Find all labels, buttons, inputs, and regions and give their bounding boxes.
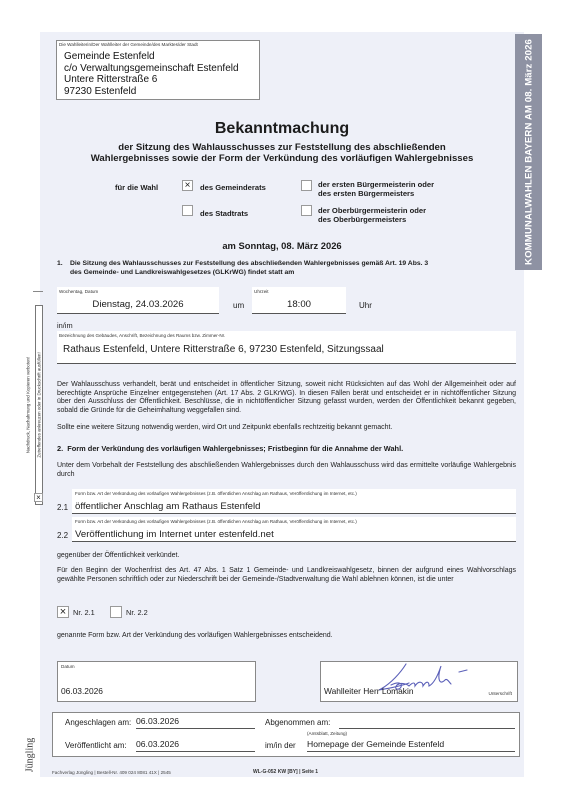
checkbox-buergermeister[interactable] — [301, 180, 312, 191]
election-date: am Sonntag, 08. März 2026 — [40, 240, 524, 251]
publication-form-1-value: öffentlicher Anschlag am Rathaus Estenfe… — [75, 501, 260, 512]
instruction-box: Zutreffendes ankreuzen oder in Druckschr… — [35, 305, 43, 505]
um-label: um — [233, 301, 244, 310]
sender-line: 97230 Estenfeld — [64, 86, 239, 98]
session-date-label: Wochentag, Datum — [59, 289, 98, 294]
subtitle-line: der Sitzung des Wahlausschusses zur Fest… — [40, 142, 524, 153]
closing-text: genannte Form bzw. Art der Verkündung de… — [57, 632, 333, 639]
published-in-hint: (Amtsblatt, Zeitung) — [307, 731, 347, 736]
session-date-field[interactable]: Wochentag, Datum Dienstag, 24.03.2026 — [57, 287, 219, 314]
checkbox-stadtrat[interactable] — [182, 205, 193, 216]
choice-2-1-checkbox[interactable]: × — [57, 606, 69, 618]
instruction-text: Zutreffendes ankreuzen oder in Druckschr… — [37, 352, 42, 457]
sender-box: Die Wahlleiterin/Der Wahlleiter der Geme… — [56, 40, 260, 100]
session-location-field[interactable]: Bezeichnung des Gebäudes, Anschrift, Bez… — [57, 331, 516, 364]
sender-line: Gemeinde Estenfeld — [64, 51, 239, 63]
option-gemeinderat-label: des Gemeinderats — [200, 183, 266, 192]
section1-paragraph: Der Wahlausschuss verhandelt, berät und … — [57, 381, 516, 415]
section2-after: gegenüber der Öffentlichkeit verkündet. — [57, 552, 179, 559]
published-label: Veröffentlicht am: — [65, 741, 127, 750]
option-buergermeister-label: des ersten Bürgermeisters — [318, 189, 434, 198]
page-title: Bekanntmachung — [40, 120, 524, 138]
section1-paragraph2: Sollte eine weitere Sitzung notwendig we… — [57, 424, 516, 433]
publisher-logo: Jüngling — [22, 735, 38, 775]
sender-label: Die Wahlleiterin/Der Wahlleiter der Geme… — [59, 42, 198, 47]
fold-mark — [33, 291, 43, 292]
session-time-field[interactable]: Uhrzeit 18:00 — [252, 287, 346, 314]
publication-form-2-value: Veröffentlichung im Internet unter esten… — [75, 529, 274, 540]
publisher-info: Fachverlag Jüngling | Bestell-Nr. 409 02… — [52, 770, 171, 775]
section1-number: 1. — [57, 260, 63, 267]
signature-date-value: 06.03.2026 — [61, 686, 103, 696]
signature-date-label: Datum — [61, 664, 75, 669]
sender-line: Untere Ritterstraße 6 — [64, 74, 239, 86]
session-date-value: Dienstag, 24.03.2026 — [57, 299, 219, 310]
in-im-label: in/im — [57, 321, 73, 330]
section2-intro: Unter dem Vorbehalt der Feststellung des… — [57, 462, 516, 479]
published-in-label: im/in der — [265, 741, 296, 750]
deadline-text: Für den Beginn der Wochenfrist des Art. … — [57, 567, 516, 584]
publication-form-label: Form bzw. Art der Verkündung des vorläuf… — [75, 519, 357, 524]
removed-date-field[interactable] — [339, 716, 515, 729]
section2-heading: 2. Form der Verkündung des vorläufigen W… — [57, 444, 403, 453]
signature-field[interactable]: Wahlleiter Herr Lomakin Unterschrift — [320, 661, 518, 702]
removed-label: Abgenommen am: — [265, 718, 330, 727]
published-date-field[interactable]: 06.03.2026 — [136, 739, 255, 752]
posted-date-field[interactable]: 06.03.2026 — [136, 716, 255, 729]
section1-text: Die Sitzung des Wahlausschusses zur Fest… — [70, 260, 520, 269]
posted-label: Angeschlagen am: — [65, 718, 131, 727]
option-oberbuergermeister-label: der Oberbürgermeisterin oder — [318, 206, 426, 215]
publisher-logo-text: Jüngling — [25, 738, 36, 772]
option-stadtrat-label: des Stadtrats — [200, 209, 248, 218]
item-2-1-number: 2.1 — [57, 503, 68, 512]
option-oberbuergermeister-label: des Oberbürgermeisters — [318, 215, 426, 224]
election-band-text: KOMMUNALWAHLEN BAYERN AM 08. März 2026 — [523, 39, 534, 265]
checkbox-oberbuergermeister[interactable] — [301, 205, 312, 216]
publication-form-2-field[interactable]: Form bzw. Art der Verkündung des vorläuf… — [72, 517, 516, 542]
publication-form-label: Form bzw. Art der Verkündung des vorläuf… — [75, 491, 357, 496]
choice-2-1-label: Nr. 2.1 — [73, 608, 95, 617]
uhr-label: Uhr — [359, 301, 372, 310]
sender-line: c/o Verwaltungsgemeinschaft Estenfeld — [64, 63, 239, 75]
checkbox-gemeinderat[interactable]: × — [182, 180, 193, 191]
choice-2-2-label: Nr. 2.2 — [126, 608, 148, 617]
session-location-label: Bezeichnung des Gebäudes, Anschrift, Bez… — [59, 333, 225, 338]
choice-2-2-checkbox[interactable] — [110, 606, 122, 618]
session-time-label: Uhrzeit — [254, 289, 269, 294]
signature-date-field[interactable]: Datum 06.03.2026 — [57, 661, 256, 702]
copyright-note: Nachdruck, Nachahmung und Kopieren verbo… — [26, 357, 31, 453]
session-location-value: Rathaus Estenfeld, Untere Ritterstraße 6… — [63, 344, 384, 355]
section1-text: des Gemeinde- und Landkreiswahlgesetzes … — [70, 269, 520, 278]
posting-box: Angeschlagen am: 06.03.2026 Abgenommen a… — [52, 712, 520, 757]
item-2-2-number: 2.2 — [57, 531, 68, 540]
left-note: Nachdruck, Nachahmung und Kopieren verbo… — [22, 305, 48, 505]
publication-form-1-field[interactable]: Form bzw. Art der Verkündung des vorläuf… — [72, 489, 516, 514]
election-label: für die Wahl — [115, 183, 158, 192]
option-buergermeister-label: der ersten Bürgermeisterin oder — [318, 180, 434, 189]
published-in-field[interactable]: Homepage der Gemeinde Estenfeld — [307, 739, 515, 752]
signer-name: Wahlleiter Herr Lomakin — [324, 686, 414, 696]
subtitle-line: Wahlergebnisses sowie der Form der Verkü… — [40, 153, 524, 164]
form-id: WL-G-052 KW [BY] | Seite 1 — [253, 769, 318, 775]
session-time-value: 18:00 — [252, 299, 346, 310]
signature-label: Unterschrift — [489, 691, 513, 696]
instruction-checkbox[interactable]: × — [34, 493, 43, 502]
